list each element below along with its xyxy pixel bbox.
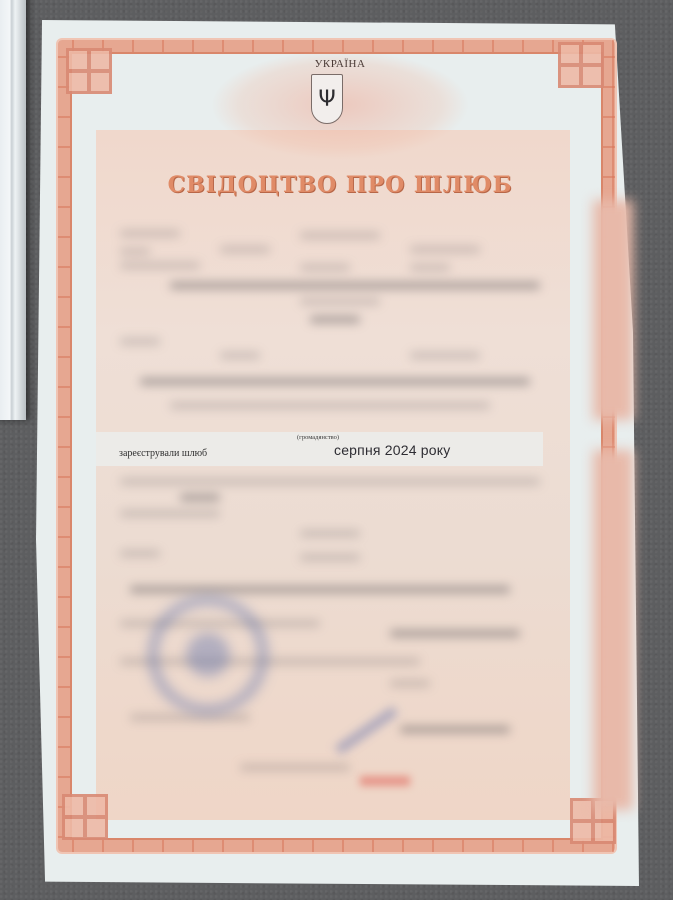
- red-ink-mark: [360, 776, 410, 786]
- corner-ornament-icon: [62, 794, 108, 840]
- document-title: СВІДОЦТВО ПРО ШЛЮБ: [150, 172, 530, 198]
- citizenship-caption: (громадянство): [297, 434, 339, 441]
- redacted-spouse-details: [110, 220, 540, 430]
- registration-date: серпня 2024 року: [334, 442, 450, 458]
- corner-ornament-icon: [66, 48, 112, 94]
- official-seal-icon: [148, 595, 268, 715]
- trident-icon: Ψ: [311, 74, 343, 124]
- redacted-edge: [593, 450, 633, 810]
- registration-date-text: серпня 2024 року: [334, 442, 450, 458]
- corner-ornament-icon: [558, 42, 604, 88]
- paper-stack: [0, 0, 26, 420]
- redacted-edge: [593, 200, 633, 420]
- country-label: УКРАЇНА: [290, 58, 390, 70]
- registered-marriage-label: зареєстрували шлюб: [119, 448, 207, 459]
